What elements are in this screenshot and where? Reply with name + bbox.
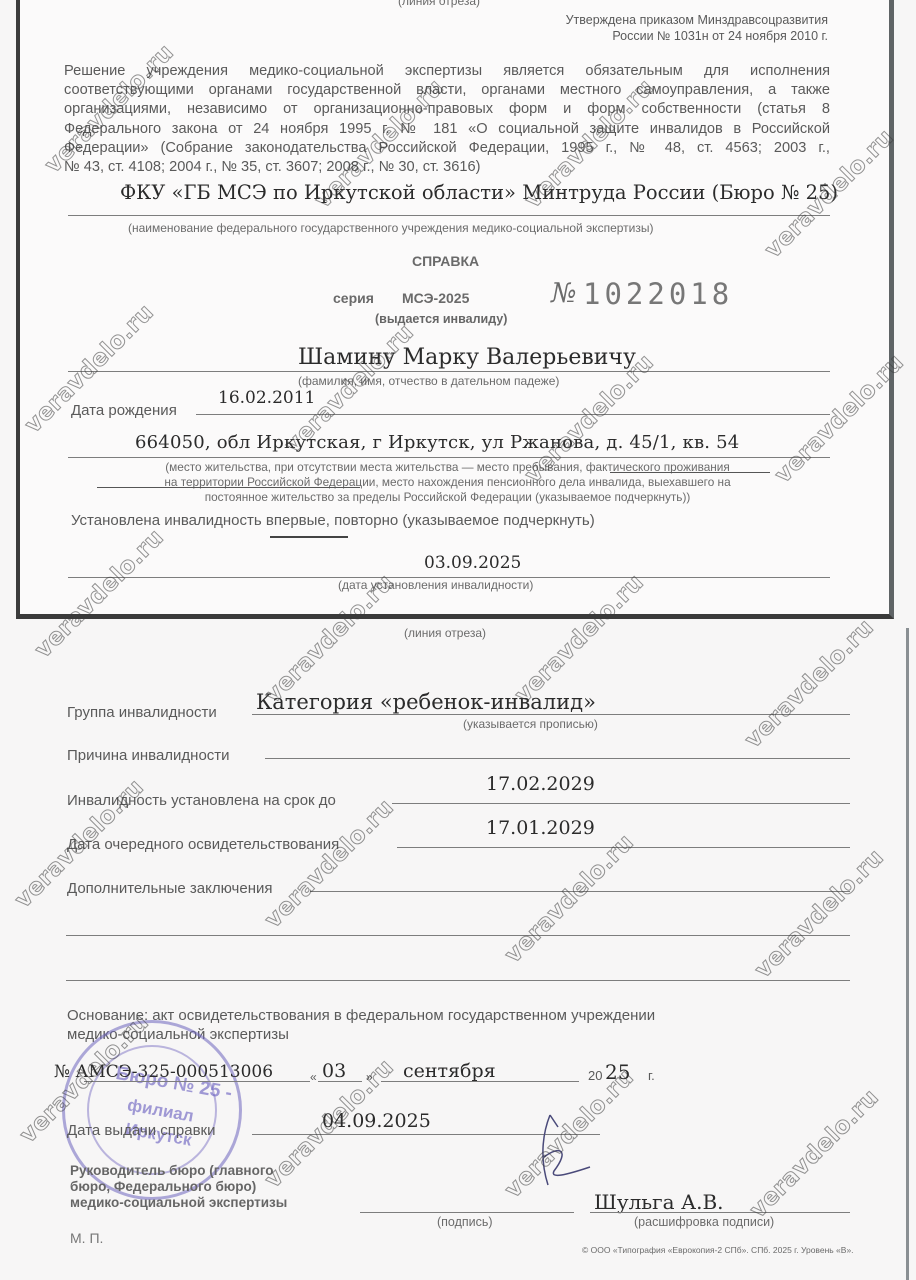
next-exam-value: 17.01.2029: [486, 817, 595, 839]
signature-hint: (подпись): [437, 1215, 493, 1229]
watermark: veravdelo.ru: [750, 844, 889, 983]
additional-underline-3: [66, 980, 850, 981]
handwritten-signature-icon: [520, 1105, 610, 1200]
seal-label: М. П.: [70, 1230, 103, 1246]
established-date-value: 03.09.2025: [424, 553, 521, 573]
separator: ,: [326, 512, 334, 529]
disability-group-value: Категория «ребенок-инвалид»: [256, 690, 596, 714]
disability-group-underline: [252, 714, 850, 715]
issue-date-label: Дата выдачи справки: [67, 1122, 215, 1139]
legal-paragraph: Решение учреждения медико-социальной экс…: [64, 62, 830, 177]
act-day-underline: [318, 1081, 362, 1082]
document-title: СПРАВКА: [412, 253, 479, 269]
head-name: Шульга А.В.: [594, 1190, 724, 1214]
head-label: Руководитель бюро (главного бюро, Федера…: [70, 1163, 287, 1211]
underline-mark-actual-residence: [610, 472, 770, 473]
valid-until-underline: [392, 803, 850, 804]
additional-label: Дополнительные заключения: [67, 880, 272, 897]
signature-line: [360, 1212, 574, 1213]
approval-note: Утверждена приказом Минздравсоцразвития …: [566, 12, 828, 44]
series-label: серия: [333, 290, 374, 306]
legal-line: № 43, ст. 4108; 2004 г., № 35, ст. 3607;…: [64, 158, 830, 177]
watermark: veravdelo.ru: [500, 829, 639, 968]
head-label-line: медико-социальной экспертизы: [70, 1195, 287, 1211]
valid-until-value: 17.02.2029: [486, 773, 595, 795]
disability-group-hint: (указывается прописью): [463, 717, 598, 731]
next-exam-underline: [397, 847, 850, 848]
act-year-unit: г.: [648, 1068, 655, 1083]
act-month-underline: [381, 1081, 579, 1082]
certificate-number: 1022018: [583, 277, 733, 311]
issue-date-value: 04.09.2025: [322, 1110, 431, 1132]
established-selected-underline: [270, 536, 348, 538]
act-day: 03: [322, 1060, 346, 1082]
underline-mark-russia: [97, 487, 360, 488]
act-number: № АМСЭ-325-000513006: [54, 1062, 273, 1082]
established-prefix: Установлена инвалидность: [71, 512, 266, 529]
disability-group-label: Группа инвалидности: [67, 704, 217, 721]
watermark: veravdelo.ru: [745, 1084, 884, 1223]
act-number-underline: [84, 1081, 310, 1082]
additional-underline-1: [310, 891, 850, 892]
institution-hint: (наименование федерального государственн…: [128, 221, 653, 235]
established-line: Установлена инвалидность впервые, повтор…: [71, 512, 595, 529]
institution-underline: [68, 215, 830, 216]
address-hint-line: постоянное жительство за пределы Российс…: [60, 490, 835, 505]
printer-note: © ООО «Типография «Еврокопия-2 СПб». СПб…: [582, 1245, 854, 1255]
watermark: veravdelo.ru: [740, 614, 879, 753]
address-hint: (место жительства, при отсутствии места …: [60, 460, 835, 505]
person-underline: [68, 371, 830, 372]
quote-open: «: [310, 1070, 317, 1084]
additional-underline-2: [66, 935, 850, 936]
legal-line: организациями, независимо от организацио…: [64, 100, 830, 119]
established-suffix: (указываемое подчеркнуть): [398, 512, 594, 529]
address-value: 664050, обл Иркутская, г Иркутск, ул Ржа…: [135, 432, 739, 453]
legal-line: соответствующими органами государственно…: [64, 81, 830, 100]
cut-line-label: (линия отреза): [404, 626, 486, 640]
legal-line: Решение учреждения медико-социальной экс…: [64, 62, 830, 81]
act-year-prefix: 20: [588, 1068, 602, 1083]
issued-to-hint: (выдается инвалиду): [375, 312, 507, 326]
next-exam-label: Дата очередного освидетельствования: [67, 836, 339, 853]
cut-line-label-top: (линия отреза): [398, 0, 480, 8]
address-underline: [68, 457, 830, 458]
head-name-hint: (расшифровка подписи): [634, 1215, 774, 1229]
disability-cause-label: Причина инвалидности: [67, 747, 230, 764]
quote-close: »: [366, 1070, 373, 1084]
established-date-hint: (дата установления инвалидности): [338, 578, 533, 592]
act-year: 25: [605, 1060, 630, 1084]
number-sign: №: [551, 278, 577, 309]
disability-cause-underline: [265, 758, 850, 759]
approval-line: Утверждена приказом Минздравсоцразвития: [566, 12, 828, 28]
head-label-line: Руководитель бюро (главного: [70, 1163, 287, 1179]
watermark: veravdelo.ru: [260, 794, 399, 933]
head-label-line: бюро, Федерального бюро): [70, 1179, 287, 1195]
valid-until-label: Инвалидность установлена на срок до: [67, 792, 336, 809]
birth-date-value: 16.02.2011: [218, 388, 315, 408]
approval-line: России № 1031н от 24 ноября 2010 г.: [566, 28, 828, 44]
institution-value: ФКУ «ГБ МСЭ по Иркутской области» Минтру…: [120, 181, 838, 204]
person-hint: (фамилия, имя, отчество в дательном паде…: [298, 374, 559, 388]
legal-line: Федерального закона от 24 ноября 1995 г.…: [64, 120, 830, 139]
birth-date-label: Дата рождения: [71, 402, 177, 419]
act-month: сентября: [403, 1060, 496, 1082]
page-edge: [906, 628, 909, 1280]
established-option-repeat: повторно: [334, 512, 398, 529]
birth-date-underline: [196, 414, 830, 415]
person-name: Шамину Марку Валерьевичу: [298, 345, 636, 370]
established-option-first: впервые: [266, 512, 326, 529]
legal-line: Федерации» (Собрание законодательства Ро…: [64, 139, 830, 158]
head-name-underline: [590, 1212, 850, 1213]
series-value: МСЭ-2025: [402, 290, 469, 306]
